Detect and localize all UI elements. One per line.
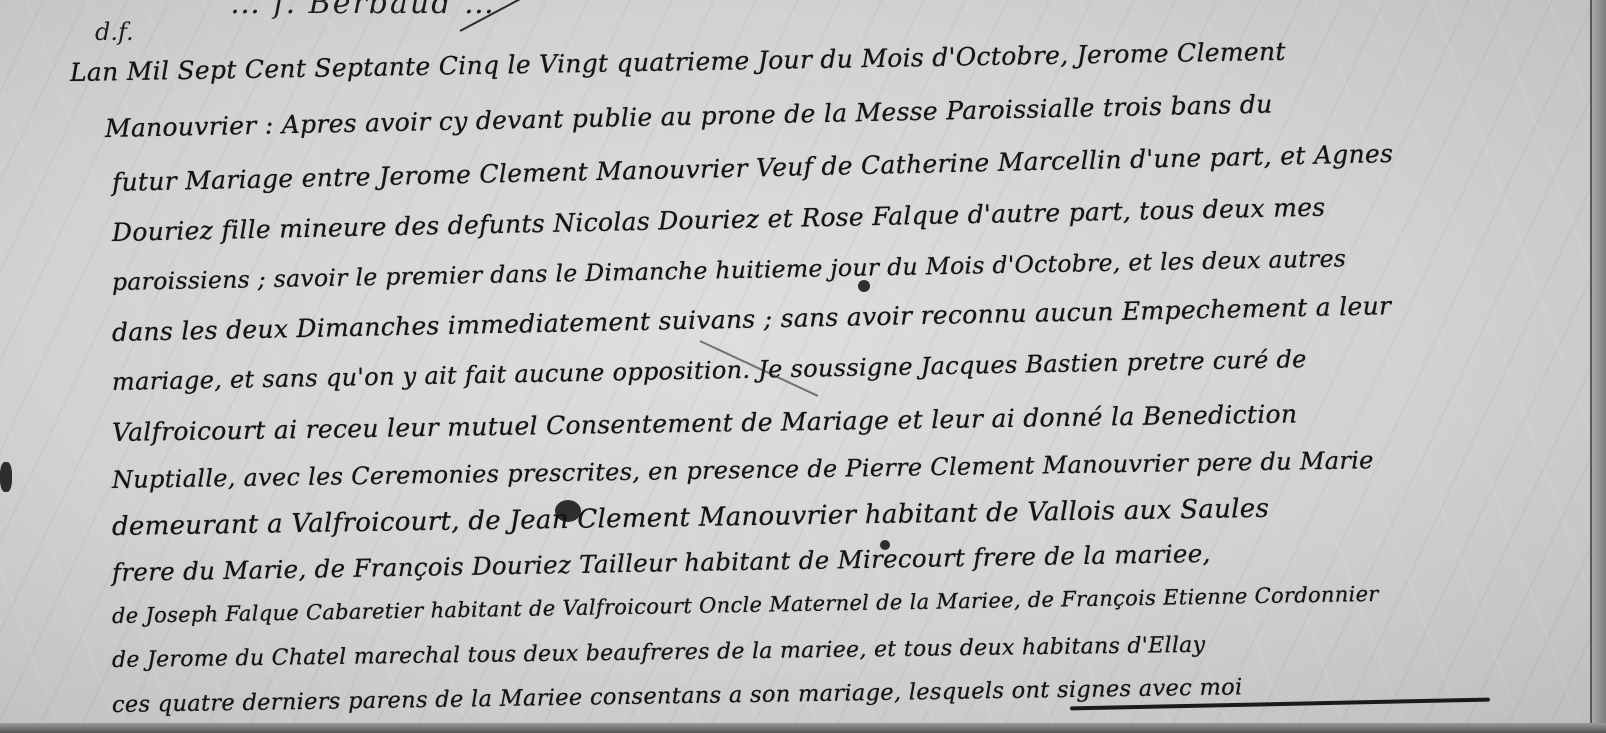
text-line-13: de Jerome du Chatel marechal tous deux b… xyxy=(112,633,1206,673)
text-line-8: Valfroicourt ai receu leur mutuel Consen… xyxy=(112,399,1298,447)
ink-blot xyxy=(880,540,890,550)
text-line-7: mariage, et sans qu'on y ait fait aucune… xyxy=(112,345,1307,396)
ink-blot xyxy=(858,280,870,292)
text-line-2: Manouvrier : Apres avoir cy devant publi… xyxy=(105,90,1273,143)
ink-blot xyxy=(0,462,12,492)
text-line-9: Nuptialle, avec les Ceremonies prescrite… xyxy=(112,446,1374,494)
text-line-4: Douriez fille mineure des defunts Nicola… xyxy=(112,193,1326,247)
text-line-10: demeurant a Valfroicourt, de Jean Clemen… xyxy=(112,494,1270,542)
text-line-1: Lan Mil Sept Cent Septante Cinq le Vingt… xyxy=(70,37,1286,87)
text-line-3: futur Mariage entre Jerome Clement Manou… xyxy=(112,139,1394,197)
text-line-6: dans les deux Dimanches immediatement su… xyxy=(112,291,1392,347)
page-edge xyxy=(1590,0,1606,733)
text-line-12: de Joseph Falque Cabaretier habitant de … xyxy=(112,582,1379,628)
text-line-5: paroissiens ; savoir le premier dans le … xyxy=(112,244,1347,296)
register-page: … f. Berbaud … d.f. Lan Mil Sept Cent Se… xyxy=(0,0,1606,733)
text-line-11: frere du Marie, de François Douriez Tail… xyxy=(112,539,1211,587)
margin-annotation: d.f. xyxy=(95,18,134,46)
text-line-14: ces quatre derniers parens de la Mariee … xyxy=(112,674,1243,718)
page-bottom-edge xyxy=(0,723,1606,733)
previous-entry-signatures: … f. Berbaud … xyxy=(230,0,496,26)
ink-blot xyxy=(555,500,581,522)
